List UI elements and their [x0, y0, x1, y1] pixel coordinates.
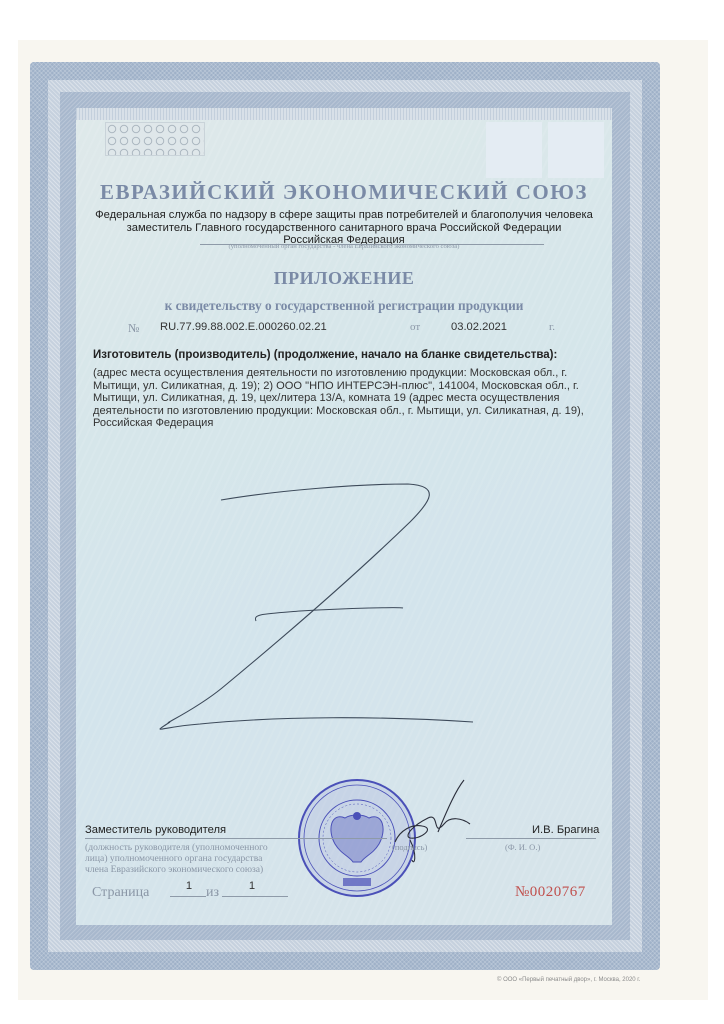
fio-caption: (Ф. И. О.) — [505, 842, 540, 852]
manufacturer-line: деятельности по изготовлению продукции: … — [93, 405, 598, 418]
blank-field-box — [548, 122, 604, 178]
manufacturer-line: (адрес места осуществления деятельности … — [93, 367, 598, 380]
signature-caption: (подпись) — [392, 842, 427, 852]
signer-name: И.В. Брагина — [532, 824, 599, 836]
page-of-label: из — [206, 885, 219, 901]
number-sign: № — [128, 321, 139, 336]
blank-field-box — [486, 122, 542, 178]
microtext-band — [76, 108, 612, 120]
position-label: Заместитель руководителя — [85, 824, 226, 836]
page-total: 1 — [222, 880, 282, 892]
position-caption: (должность руководителя (уполномоченного… — [85, 842, 315, 875]
appendix-subtitle: к свидетельству о государственной регист… — [76, 298, 612, 314]
page-label: Страница — [92, 885, 149, 901]
service-line: Федеральная служба по надзору в сфере за… — [76, 209, 612, 221]
date-suffix: г. — [549, 321, 555, 333]
manufacturer-body: (адрес места осуществления деятельности … — [93, 367, 598, 430]
date-prefix: от — [410, 321, 420, 333]
page-number: 1 — [174, 880, 204, 892]
manufacturer-line: Мытищи, ул. Силикатная, д. 19, цех/литер… — [93, 392, 598, 405]
hologram-strip — [105, 122, 205, 156]
certificate-number: RU.77.99.88.002.E.000260.02.21 — [160, 321, 327, 333]
blank-serial-number: №0020767 — [515, 884, 586, 901]
divider — [222, 896, 288, 897]
service-line: заместитель Главного государственного са… — [76, 222, 612, 234]
certificate-date: 03.02.2021 — [451, 321, 507, 333]
divider — [466, 838, 596, 839]
union-title: ЕВРАЗИЙСКИЙ ЭКОНОМИЧЕСКИЙ СОЮЗ — [76, 180, 612, 205]
manufacturer-line: Российская Федерация — [93, 417, 598, 430]
printer-credit: © ООО «Первый печатный двор», г. Москва,… — [497, 977, 640, 983]
organ-caption: (уполномоченный орган государства - член… — [76, 243, 612, 250]
manufacturer-heading: Изготовитель (производитель) (продолжени… — [93, 349, 557, 361]
appendix-title: ПРИЛОЖЕНИЕ — [76, 268, 612, 289]
manufacturer-line: Мытищи, ул. Силикатная, д. 19); 2) ООО "… — [93, 380, 598, 393]
divider — [85, 838, 387, 839]
divider — [170, 896, 206, 897]
